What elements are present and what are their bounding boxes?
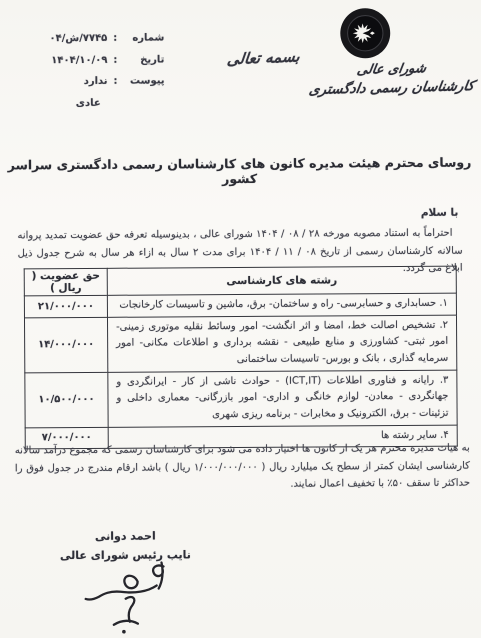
- number-label: شماره: [122, 27, 164, 49]
- org-letterhead: شورای عالی کارشناسان رسمی دادگستری: [305, 7, 478, 97]
- org-name-line1: شورای عالی: [304, 60, 479, 79]
- closing-paragraph: به هیات مدیره محترم هر یک از کانون ها اخ…: [15, 440, 470, 495]
- field-cell: ۱. حسابداری و حسابرسی- راه و ساختمان- بر…: [107, 293, 456, 317]
- signatory-title: نایب رئیس شورای عالی: [39, 545, 211, 565]
- fee-cell: ۱۰/۵۰۰/۰۰۰: [25, 372, 108, 428]
- recipient-title: روسای محترم هیئت مدیره کانون های کارشناس…: [0, 155, 480, 188]
- attachment-label: پیوست: [122, 70, 164, 92]
- date-label: تاریخ: [122, 49, 164, 71]
- field-cell: ۲. تشخیص اصالت خط، امضا و اثر انگشت- امو…: [107, 315, 456, 372]
- salutation: با سلام: [421, 207, 459, 219]
- classification-line: عادی: [7, 92, 165, 114]
- date-value: ۱۴۰۴/۱۰/۰۹: [51, 49, 107, 71]
- letter-number-line: شماره:۷۷۴۵/ش/۰۴: [6, 27, 164, 49]
- letter-sheet: شماره:۷۷۴۵/ش/۰۴ تاریخ:۱۴۰۴/۱۰/۰۹ پیوست:ن…: [0, 0, 481, 638]
- membership-fees-table: رشته های کارشناسی حق عضویت ( ریال ) ۱. ح…: [24, 266, 458, 450]
- fee-cell: ۱۴/۰۰۰/۰۰۰: [24, 317, 107, 373]
- number-value: ۷۷۴۵/ش/۰۴: [49, 28, 107, 50]
- signatory-name: احمد دوانی: [39, 526, 211, 546]
- attachment-value: ندارد: [84, 71, 108, 93]
- date-colon: :: [112, 49, 117, 71]
- fee-cell: ۲۱/۰۰۰/۰۰۰: [24, 295, 107, 317]
- header-cell-fee: حق عضویت ( ریال ): [24, 268, 107, 296]
- org-name-line2: کارشناسان رسمی دادگستری: [304, 78, 479, 98]
- signature-block: احمد دوانی نایب رئیس شورای عالی: [39, 526, 212, 635]
- table-header-row: رشته های کارشناسی حق عضویت ( ریال ): [24, 266, 456, 296]
- letter-date-line: تاریخ:۱۴۰۴/۱۰/۰۹: [6, 49, 164, 71]
- table-row: ۱. حسابداری و حسابرسی- راه و ساختمان- بر…: [24, 293, 456, 317]
- classification-value: عادی: [76, 92, 101, 114]
- scanned-letter-page: شماره:۷۷۴۵/ش/۰۴ تاریخ:۱۴۰۴/۱۰/۰۹ پیوست:ن…: [0, 0, 481, 638]
- number-colon: :: [112, 28, 117, 50]
- table-row: ۲. تشخیص اصالت خط، امضا و اثر انگشت- امو…: [24, 315, 456, 373]
- header-cell-fields: رشته های کارشناسی: [107, 266, 456, 295]
- attachment-colon: :: [112, 71, 117, 93]
- justice-experts-emblem-icon: [339, 7, 391, 59]
- table-row: ۳. رایانه و فناوری اطلاعات (ICT,IT) - حو…: [25, 370, 457, 428]
- field-cell: ۳. رایانه و فناوری اطلاعات (ICT,IT) - حو…: [108, 370, 457, 427]
- letter-attachment-line: پیوست:ندارد: [6, 70, 164, 92]
- letterhead-meta: شماره:۷۷۴۵/ش/۰۴ تاریخ:۱۴۰۴/۱۰/۰۹ پیوست:ن…: [6, 27, 165, 114]
